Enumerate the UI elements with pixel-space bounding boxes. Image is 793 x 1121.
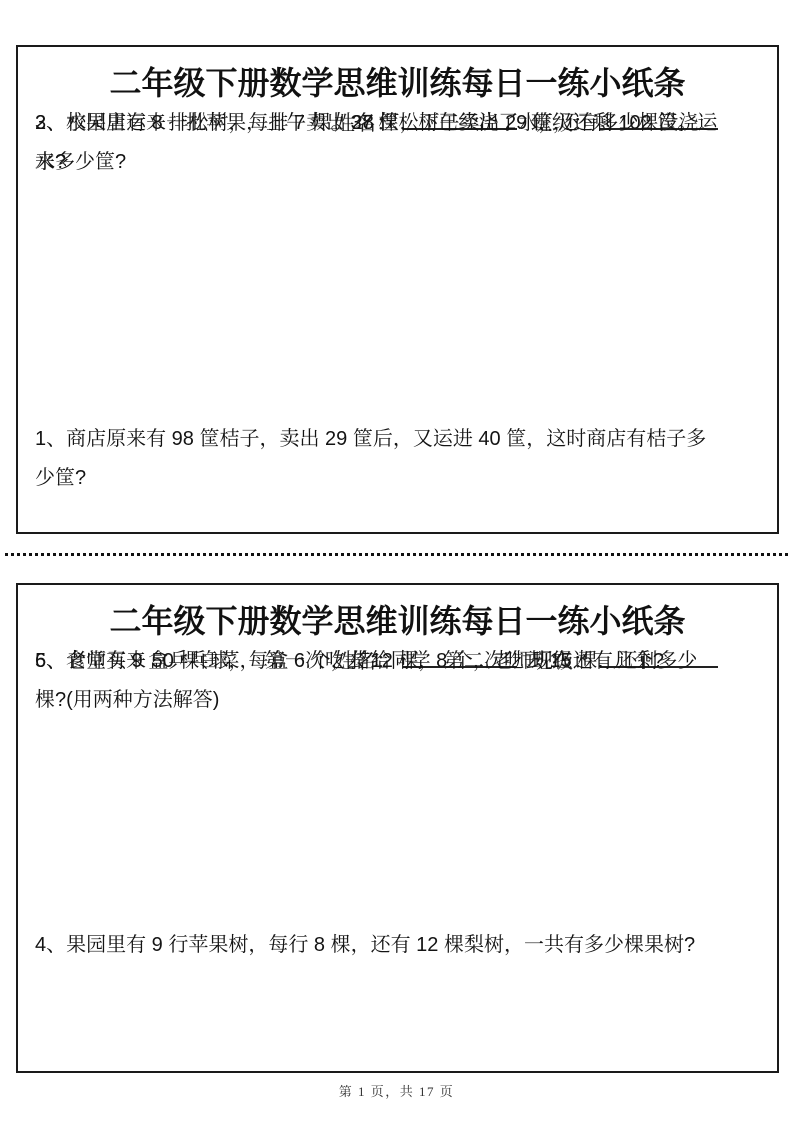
worksheet-page: { "page": { "footer": "第 1 页，共 17 页", "b…	[0, 0, 793, 1121]
problem-6: 6、食堂买来 50 棵白菜， 第一次吃去 12 棵， 第二次吃去 15 棵．还剩…	[35, 642, 766, 719]
worksheet-slip-2: 二年级下册数学思维训练每日一练小纸条 姓名：班级： 4、果园里有 9 行苹果树，…	[16, 583, 779, 1073]
slip-title: 二年级下册数学思维训练每日一练小纸条	[18, 596, 777, 642]
problem-3: 3、水果店运来一批苹果，上午卖出 28 筐，下午卖出 29 筐，还剩 102 筐…	[35, 104, 766, 181]
slip-title: 二年级下册数学思维训练每日一练小纸条	[18, 58, 777, 104]
page-number-footer: 第 1 页，共 17 页	[0, 1081, 793, 1100]
problem-1: 1、商店原来有 98 筐桔子，卖出 29 筐后，又运进 40 筐，这时商店有桔子…	[35, 420, 766, 497]
worksheet-slip-1: 二年级下册数学思维训练每日一练小纸条 姓名：班级： 1、商店原来有 98 筐桔子…	[16, 45, 779, 534]
problem-4: 4、果园里有 9 行苹果树，每行 8 棵，还有 12 棵梨树，一共有多少棵果树?	[35, 926, 766, 965]
dotted-cut-line	[5, 553, 788, 556]
